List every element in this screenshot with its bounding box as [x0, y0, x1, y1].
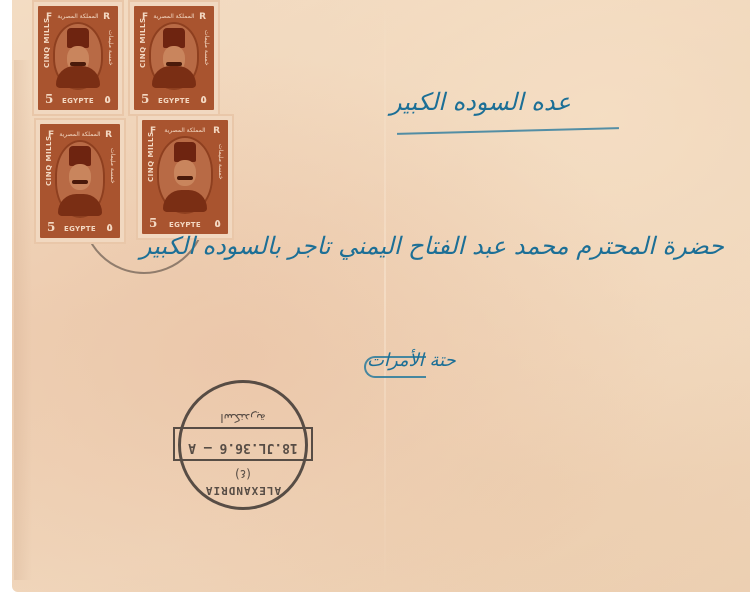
stamp: F R المملكة المصرية CINQ MILLS خمسة مليم…	[36, 120, 124, 242]
postmark-number: (٤)	[181, 467, 305, 481]
stamp-arabic-denomination: خمسة مليمات	[202, 30, 210, 90]
stamp: F R المملكة المصرية CINQ MILLS خمسة مليم…	[130, 2, 218, 114]
stamp-corner-letter: R	[213, 126, 220, 136]
stamp-frame: F R المملكة المصرية CINQ MILLS خمسة مليم…	[40, 124, 120, 238]
stamp-value-arabic: ٥	[214, 217, 221, 230]
stamp-arabic-denomination: خمسة مليمات	[106, 30, 114, 90]
stamp-corner-letter: R	[105, 130, 112, 140]
handwritten-line-3: حتة الأمرات	[367, 350, 456, 371]
envelope: F R المملكة المصرية CINQ MILLS خمسة مليم…	[12, 0, 750, 592]
paper-fold	[384, 0, 386, 592]
king-portrait-icon	[55, 140, 105, 218]
stamp: F R المملكة المصرية CINQ MILLS خمسة مليم…	[138, 116, 232, 238]
stamp-top-text: المملكة المصرية	[58, 130, 102, 140]
stamp-top-text: المملكة المصرية	[56, 12, 100, 22]
stamp: F R المملكة المصرية CINQ MILLS خمسة مليم…	[34, 2, 122, 114]
king-portrait-icon	[157, 136, 213, 214]
postmark: ALEXANDRIA (٤) 18.JL.36.6 — A اسكندرية	[178, 380, 308, 510]
stamp-frame: F R المملكة المصرية CINQ MILLS خمسة مليم…	[142, 120, 228, 234]
handwritten-address-line: حضرة المحترم محمد عبد الفتاح اليمني تاجر…	[124, 232, 724, 260]
stamp-top-text: المملكة المصرية	[152, 12, 196, 22]
stamp-corner-letter: R	[199, 12, 206, 22]
handwritten-underline	[397, 127, 619, 135]
stamp-denomination-text: CINQ MILLS	[139, 17, 147, 68]
stamp-value-arabic: ٥	[106, 221, 113, 234]
stamp-country: EGYPTE	[62, 225, 98, 233]
stamp-value-arabic: ٥	[104, 93, 111, 106]
stamp-denomination-text: CINQ MILLS	[43, 17, 51, 68]
king-portrait-icon	[53, 22, 103, 90]
stamp-country: EGYPTE	[164, 221, 206, 229]
stamp-corner-letter: R	[103, 12, 110, 22]
postmark-date: 18.JL.36.6 — A	[181, 440, 305, 455]
stamp-frame: F R المملكة المصرية CINQ MILLS خمسة مليم…	[38, 6, 118, 110]
stamp-value: 5	[141, 92, 149, 106]
stamp-frame: F R المملكة المصرية CINQ MILLS خمسة مليم…	[134, 6, 214, 110]
postmark-arabic-city: اسكندرية	[181, 411, 305, 425]
stamp-arabic-denomination: خمسة مليمات	[216, 144, 224, 204]
handwritten-line-1: عده السوده الكبير	[390, 88, 571, 116]
stamp-value: 5	[149, 216, 157, 230]
stamp-denomination-text: CINQ MILLS	[45, 135, 53, 186]
stamp-arabic-denomination: خمسة مليمات	[108, 148, 116, 208]
postmark-city: ALEXANDRIA	[181, 484, 305, 497]
stamp-denomination-text: CINQ MILLS	[147, 131, 155, 182]
stamp-value: 5	[45, 92, 53, 106]
stamp-country: EGYPTE	[156, 97, 192, 105]
king-portrait-icon	[149, 22, 199, 90]
stamp-value: 5	[47, 220, 55, 234]
stamp-top-text: المملكة المصرية	[160, 126, 210, 136]
stamp-country: EGYPTE	[60, 97, 96, 105]
stamp-value-arabic: ٥	[200, 93, 207, 106]
